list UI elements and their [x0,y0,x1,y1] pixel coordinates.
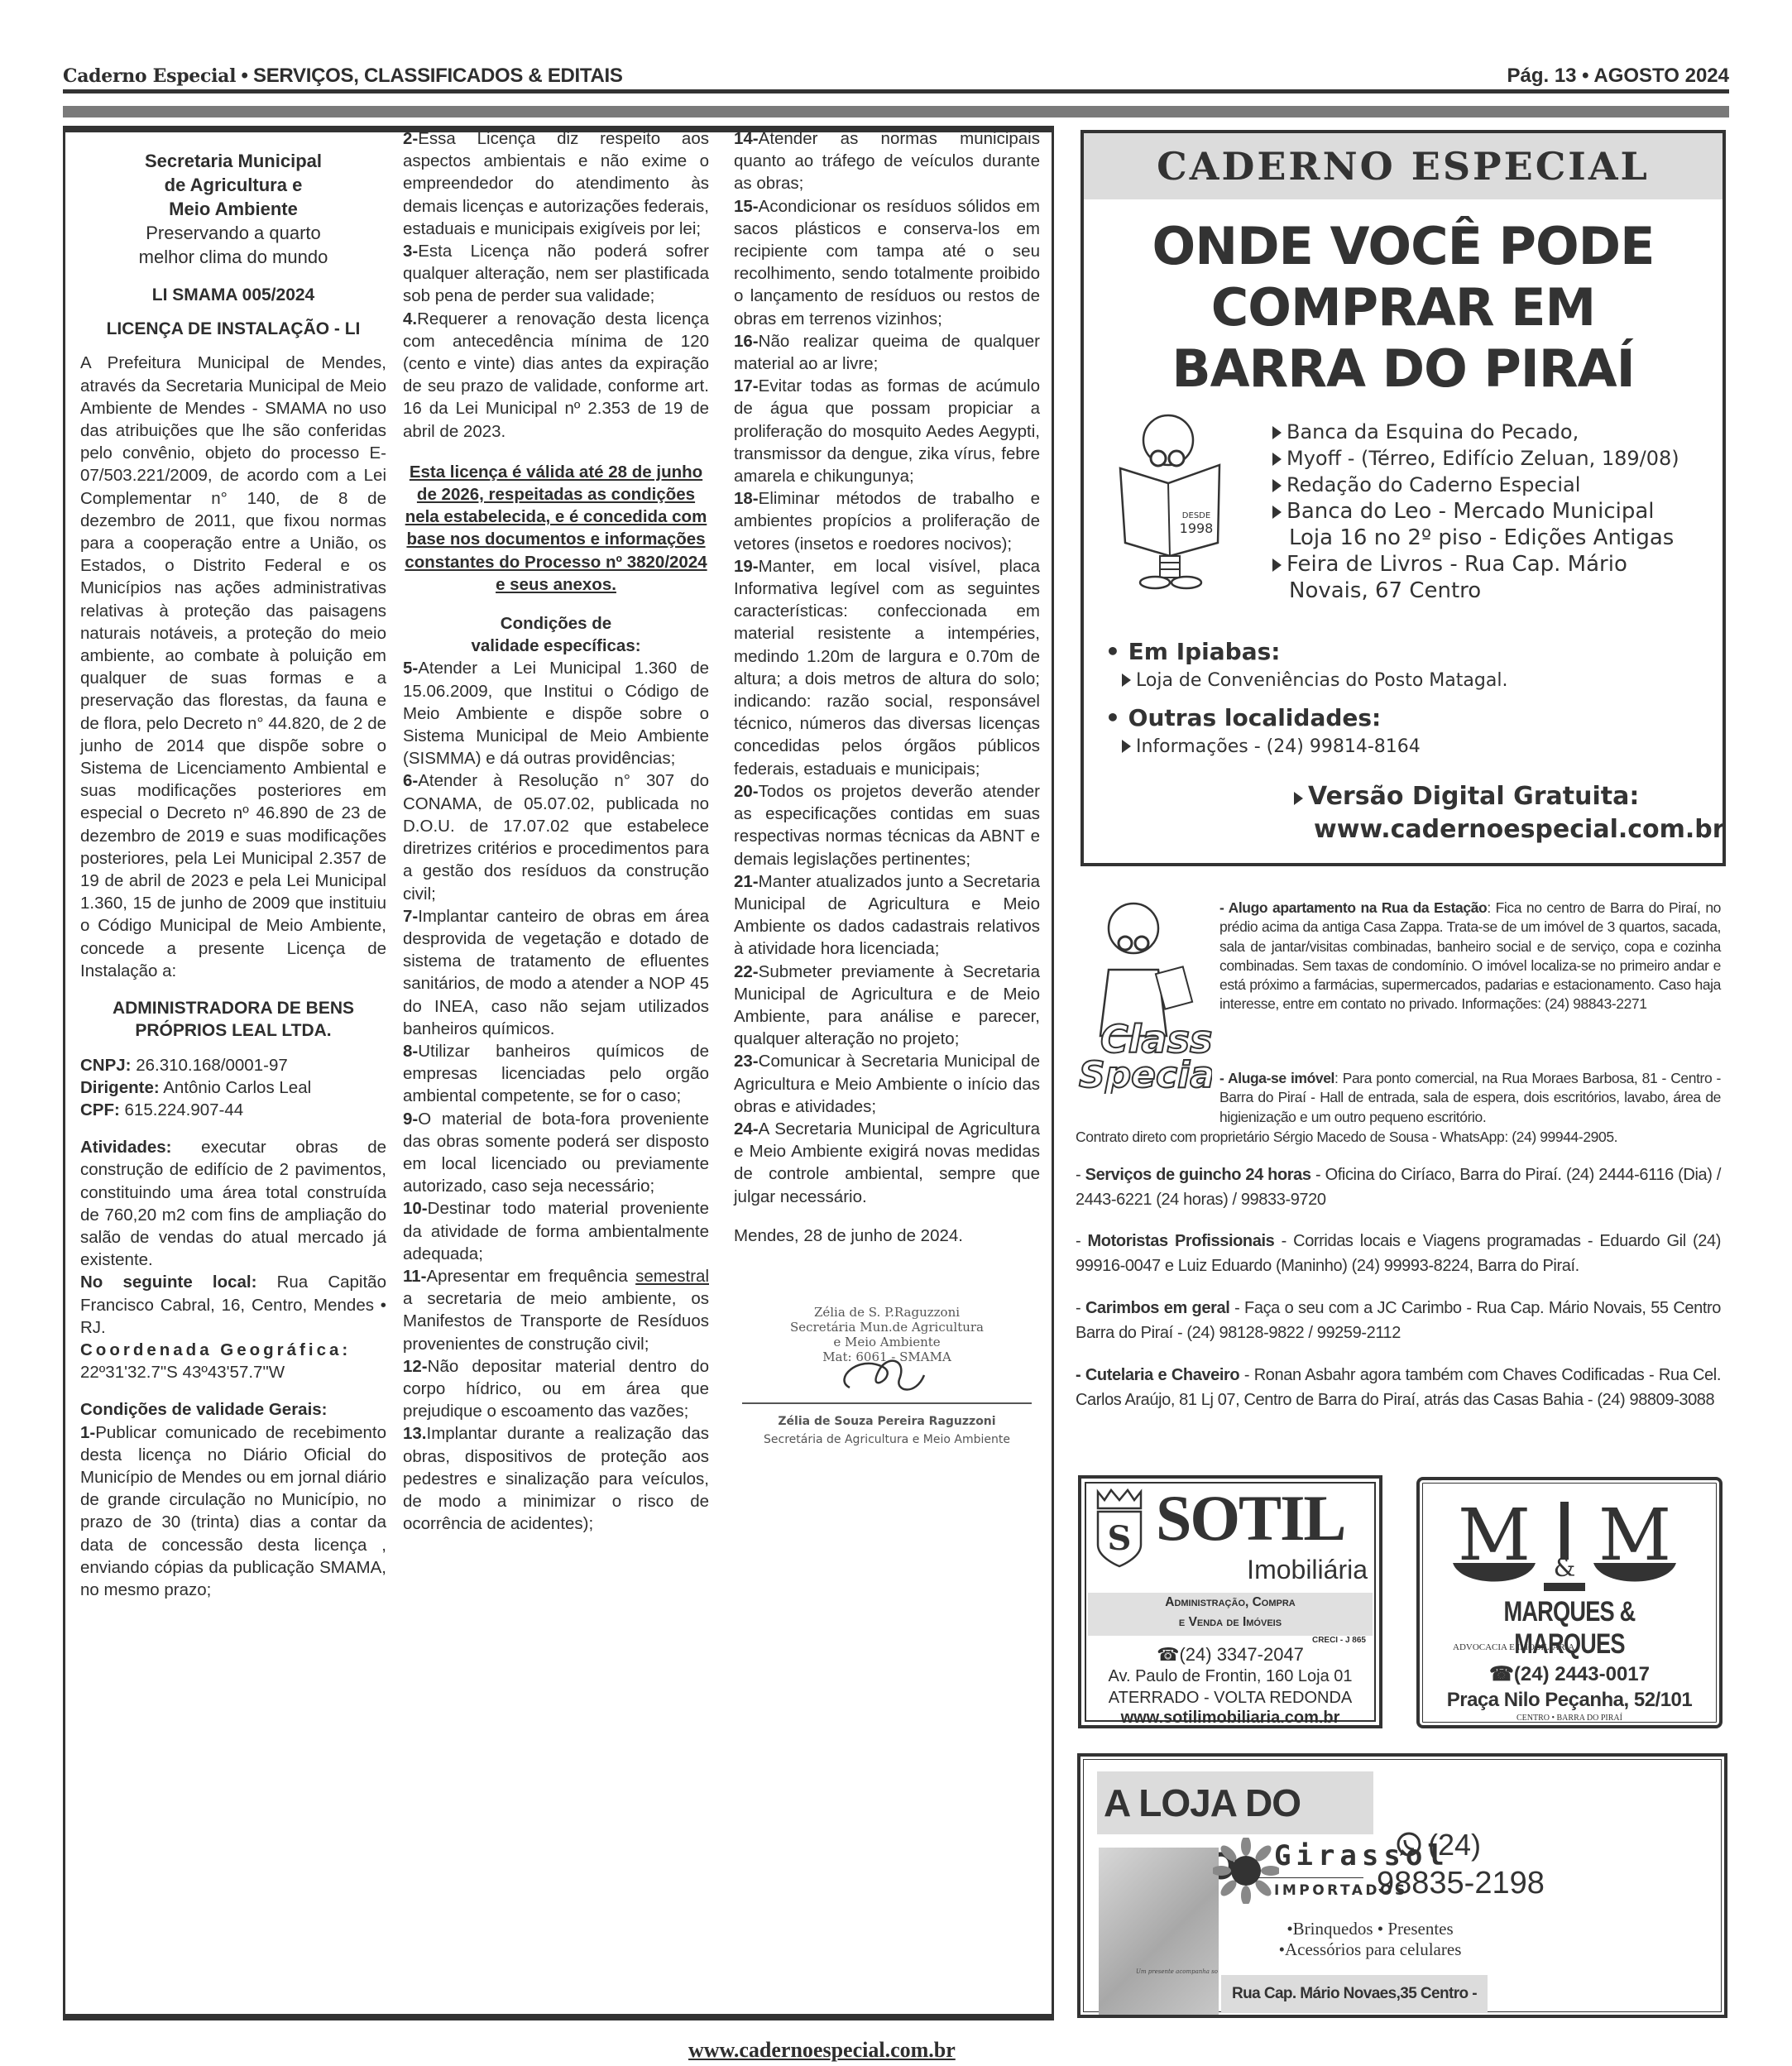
condition-text: Submeter previamente à Secretaria Munici… [734,962,1040,1049]
reading-kid-illustration-icon: DESDE 1998 [1117,410,1224,592]
condition-text: Não depositar material dentro do corpo h… [403,1357,709,1421]
marques-tagline: ADVOCACIA E IMOBILIÁRIA [1453,1642,1574,1652]
condition-item: 22-Submeter previamente à Secretaria Mun… [734,961,1040,1051]
classified-title: Serviços de guincho 24 horas [1085,1166,1311,1184]
signer-role: Secretária de Agricultura e Meio Ambient… [734,1429,1040,1451]
condition-number: 21- [734,872,759,891]
classi-special-logo-icon: Classi Special [1076,895,1212,1094]
ipiabas-item-text: Loja de Conveniências do Posto Matagal. [1136,670,1507,691]
condition-text: Evitar todas as formas de acúmulo de águ… [734,376,1040,486]
validity-notice: Esta licença é válida até 28 de junho de… [403,461,709,596]
header-brand: Caderno Especial [63,65,236,87]
licence-location: No seguinte local: Rua Capitão Francisco… [80,1271,386,1339]
ipiabas-section: • Em Ipiabas: Loja de Conveniências do P… [1105,638,1507,691]
play-arrow-icon [1122,740,1131,753]
condition-text: Atender as normas municipais quanto ao t… [734,129,1040,193]
marques-city: CENTRO • BARRA DO PIRAÍ [1420,1714,1719,1723]
condition-item: 18-Eliminar métodos de trabalho e ambien… [734,487,1040,555]
licence-org-heading: Secretaria Municipal de Agricultura e Me… [80,149,386,269]
page-header: Caderno Especial • SERVIÇOS, CLASSIFICAD… [63,55,1729,88]
headline-line-3: BARRA DO PIRAÍ [1084,338,1723,400]
sotil-imobiliaria-ad: S SOTIL Imobiliária Administração, Compr… [1078,1475,1382,1728]
lauro-products: •Brinquedos • Presentes •Acessórios para… [1246,1919,1494,1960]
condition-item: 15-Acondicionar os resíduos sólidos em s… [734,195,1040,330]
play-arrow-icon [1272,479,1282,492]
condition-text: Implantar canteiro de obras em área desp… [403,907,709,1038]
condition-number: 18- [734,489,759,508]
condition-number: 1- [80,1423,95,1442]
play-arrow-icon [1122,673,1131,687]
condition-text: Não realizar queima de qualquer material… [734,332,1040,373]
condition-item: 3-Esta Licença não poderá sofrer qualque… [403,240,709,308]
svg-text:DESDE: DESDE [1182,511,1210,520]
whatsapp-number: 98835-2198 [1377,1866,1545,1901]
condition-item: 2-Essa Licença diz respeito aos aspectos… [403,127,709,240]
play-arrow-icon [1272,453,1282,466]
condition-item: 5-Atender a Lei Municipal 1.360 de 15.06… [403,657,709,769]
sotil-phone: ☎(24) 3347-2047 [1081,1644,1379,1666]
girassol-divider [1246,1877,1363,1878]
dirigente-value: Antônio Carlos Leal [160,1078,311,1097]
condition-text: Atender à Resolução n° 307 do CONAMA, de… [403,771,709,903]
header-section-title: Caderno Especial • SERVIÇOS, CLASSIFICAD… [63,65,623,88]
licence-notice: Secretaria Municipal de Agricultura e Me… [63,126,1054,2020]
coord-label: Coordenada Geográfica: [80,1339,386,1361]
handwritten-signature-icon [833,1338,941,1404]
header-section: • SERVIÇOS, CLASSIFICADOS & EDITAIS [236,65,622,87]
sotil-name: SOTIL [1156,1485,1344,1551]
company-line-1: ADMINISTRADORA DE BENS [80,997,386,1019]
header-page-info: Pág. 13 • AGOSTO 2024 [1507,65,1729,88]
condition-number: 19- [734,557,759,576]
condition-number: 15- [734,197,759,216]
condition-item: 20-Todos os projetos deverão atender as … [734,780,1040,870]
caderno-headline: ONDE VOCÊ PODE COMPRAR EM BARRA DO PIRAÍ [1084,216,1723,400]
slogan-line-2: melhor clima do mundo [80,245,386,269]
lauro-address: Rua Cap. Mário Novaes,35 Centro - Barra … [1221,1975,1488,2013]
location-text: Redação do Caderno Especial [1287,473,1580,496]
caderno-especial-ad: CADERNO ESPECIAL ONDE VOCÊ PODE COMPRAR … [1080,130,1726,866]
condition-item: 4.Requerer a renovação desta licença com… [403,308,709,443]
others-section: • Outras localidades: Informações - (24)… [1105,704,1421,757]
classified-ad-tow: - Serviços de guincho 24 horas - Oficina… [1076,1162,1721,1212]
condition-item: 24-A Secretaria Municipal de Agricultura… [734,1118,1040,1208]
condition-item: 21-Manter atualizados junto a Secretaria… [734,870,1040,961]
org-line-1: Secretaria Municipal [80,149,386,173]
svg-text:S: S [1108,1519,1132,1558]
others-item: Informações - (24) 99814-8164 [1105,736,1421,757]
condition-number: 2- [403,129,418,148]
condition-number: 13. [403,1424,427,1443]
condition-text: Atender a Lei Municipal 1.360 de 15.06.2… [403,659,709,768]
condition-number: 6- [403,771,418,790]
sotil-band-line-2: e Venda de Imóveis [1088,1613,1373,1632]
others-title: • Outras localidades: [1105,704,1421,731]
marques-marques-ad: M & M MARQUES & MARQUES ADVOCACIA E IMOB… [1416,1477,1723,1728]
products-line-1: •Brinquedos • Presentes [1246,1919,1494,1939]
condition-number: 10- [403,1199,428,1218]
digital-url-link[interactable]: www.cadernoespecial.com.br [1294,813,1725,846]
cpf-value: 615.224.907-44 [120,1100,243,1119]
location-item-continuation: Novais, 67 Centro [1272,578,1679,604]
condition-item: 11-Apresentar em frequência semestral a … [403,1265,709,1355]
condition-number: 24- [734,1119,759,1138]
classified-title: - Aluga-se imóvel [1219,1070,1334,1086]
condition-text: O material de bota-fora proveniente das … [403,1110,709,1196]
condition-item: 14-Atender as normas municipais quanto a… [734,127,1040,195]
classified-ad-stamps: - Carimbos em geral - Faça o seu com a J… [1076,1296,1721,1345]
scales-of-justice-logo-icon: M & M [1445,1497,1701,1596]
header-gray-band [63,106,1729,117]
headline-line-1: ONDE VOCÊ PODE [1084,216,1723,277]
classified-prefix: - [1076,1232,1088,1250]
crown-shield-crest-icon: S [1093,1487,1146,1570]
condition-number: 17- [734,376,759,395]
condition-number: 5- [403,659,418,678]
condition-number: 20- [734,782,759,801]
condition-number: 16- [734,332,759,351]
condition-item: 10-Destinar todo material proveniente da… [403,1197,709,1265]
others-item-text: Informações - (24) 99814-8164 [1136,736,1421,757]
condition-number: 23- [734,1052,759,1071]
classified-title: - Alugo apartamento na Rua da Estação [1219,899,1487,916]
org-line-2: de Agricultura e [80,173,386,197]
condition-number: 4. [403,309,417,328]
ipiabas-title: • Em Ipiabas: [1105,638,1507,665]
stamp-line-2: Secretária Mun.de Agricultura [734,1320,1040,1335]
location-text: Feira de Livros - Rua Cap. Mário [1287,552,1627,577]
classified-prefix: - [1076,1166,1085,1184]
specific-conditions-title: Condições de validade específicas: [403,612,709,657]
sotil-address-line-1: Av. Paulo de Frontin, 160 Loja 01 [1081,1667,1379,1686]
licence-column-1: Secretaria Municipal de Agricultura e Me… [80,149,386,1601]
location-item: Feira de Livros - Rua Cap. Mário [1272,551,1679,578]
sotil-subtitle: Imobiliária [1247,1555,1368,1585]
signature-block: Zélia de S. P.Raguzzoni Secretária Mun.d… [734,1280,1040,1454]
play-arrow-icon [1272,558,1282,572]
condition-text: Apresentar em frequência [427,1267,636,1286]
products-line-2: •Acessórios para celulares [1246,1939,1494,1960]
condition-text: Comunicar à Secretaria Municipal de Agri… [734,1052,1040,1115]
digital-version: Versão Digital Gratuita: www.cadernoespe… [1294,780,1725,846]
header-rule [63,89,1729,93]
marques-address: Praça Nilo Peçanha, 52/101 [1420,1689,1719,1712]
digital-label-row: Versão Digital Gratuita: [1294,780,1725,813]
svg-text:1998: 1998 [1180,520,1214,536]
condition-text: Esta Licença não poderá sofrer qualquer … [403,242,709,305]
specific-title-line-2: validade específicas: [403,635,709,657]
location-item: Redação do Caderno Especial [1272,472,1679,498]
sotil-band-line-1: Administração, Compra [1088,1593,1373,1613]
lauro-title: A LOJA DO LAURO [1097,1771,1373,1834]
headline-line-2: COMPRAR EM [1084,277,1723,338]
svg-text:M: M [1458,1497,1531,1577]
general-conditions-title: Condições de validade Gerais: [80,1398,386,1421]
location-label: No seguinte local: [80,1273,256,1292]
digital-label: Versão Digital Gratuita: [1308,782,1639,811]
condition-text: Publicar comunicado de recebimento desta… [80,1423,386,1599]
play-arrow-icon [1272,426,1282,439]
condition-number: 22- [734,962,759,981]
condition-text: Todos os projetos deverão atender as esp… [734,782,1040,869]
classified-title: Cutelaria e Chaveiro [1085,1366,1239,1384]
cnpj-value: 26.310.168/0001-97 [132,1056,288,1075]
condition-item: 7-Implantar canteiro de obras em área de… [403,905,709,1040]
condition-item: 1-Publicar comunicado de recebimento des… [80,1421,386,1602]
header-website-link[interactable]: www.cadernoespecial.com.br [688,2038,956,2063]
condition-item: 23-Comunicar à Secretaria Municipal de A… [734,1050,1040,1118]
coord-value: 22º31'32.7"S 43º43'57.7"W [80,1361,386,1383]
play-arrow-icon [1294,792,1303,805]
condition-number: 9- [403,1110,418,1129]
location-item: Banca da Esquina do Pecado, [1272,419,1679,445]
condition-item: 9-O material de bota-fora proveniente da… [403,1108,709,1198]
condition-item: 19-Manter, em local visível, placa Infor… [734,555,1040,780]
svg-text:Special: Special [1079,1054,1212,1094]
classified-title: Motoristas Profissionais [1088,1232,1275,1250]
loja-do-lauro-ad: A LOJA DO LAURO Um presente acompanha so… [1077,1753,1727,2018]
company-line-2: PRÓPRIOS LEAL LTDA. [80,1019,386,1042]
sotil-address-line-2: ATERRADO - VOLTA REDONDA [1081,1689,1379,1708]
sotil-services-band: Administração, Compra e Venda de Imóveis [1088,1593,1373,1636]
location-item: Myoff - (Térreo, Edifício Zeluan, 189/08… [1272,445,1679,472]
condition-number: 7- [403,907,418,926]
svg-text:M: M [1598,1497,1671,1577]
condition-number: 12- [403,1357,428,1376]
caderno-brand-banner: CADERNO ESPECIAL [1084,133,1723,199]
condition-number: 8- [403,1042,418,1061]
condition-text: Manter atualizados junto a Secretaria Mu… [734,872,1040,959]
classified-ad-commercial: - Aluga-se imóvel: Para ponto comercial,… [1219,1069,1721,1127]
condition-item: 6-Atender à Resolução n° 307 do CONAMA, … [403,769,709,904]
condition-item: 16-Não realizar queima de qualquer mater… [734,330,1040,375]
classified-ad-drivers: - Motoristas Profissionais - Corridas lo… [1076,1229,1721,1278]
couple-gift-photo: Um presente acompanha so [1099,1848,1219,2016]
classified-prefix: - [1076,1299,1085,1317]
condition-text: Destinar todo material proveniente da at… [403,1199,709,1263]
licence-dirigente: Dirigente: Antônio Carlos Leal [80,1076,386,1099]
whatsapp-icon [1395,1831,1423,1859]
sunflower-icon [1213,1838,1279,1904]
condition-item: 12-Não depositar material dentro do corp… [403,1355,709,1423]
location-item: Banca do Leo - Mercado Municipal [1272,498,1679,525]
condition-text: Manter, em local visível, placa Informat… [734,557,1040,779]
whatsapp-contact: (24) [1395,1828,1481,1862]
location-text: Banca do Leo - Mercado Municipal [1287,499,1655,524]
stamp-line-1: Zélia de S. P.Raguzzoni [734,1305,1040,1320]
cnpj-label: CNPJ: [80,1056,132,1075]
classified-ad-locksmith: - Cutelaria e Chaveiro - Ronan Asbahr ag… [1076,1363,1721,1412]
classified-text: : Fica no centro de Barra do Piraí, no p… [1219,899,1721,1012]
condition-number: 3- [403,242,418,261]
licence-activities: Atividades: executar obras de construção… [80,1136,386,1271]
condition-text-underlined: semestral [635,1267,709,1286]
location-text: Banca da Esquina do Pecado, [1287,420,1579,443]
cpf-label: CPF: [80,1100,120,1119]
condition-text: Utilizar banheiros químicos de empresas … [403,1042,709,1105]
licence-doc-number: LI SMAMA 005/2024 [80,284,386,306]
condition-text: A Secretaria Municipal de Agricultura e … [734,1119,1040,1206]
place-date: Mendes, 28 de junho de 2024. [734,1225,1040,1247]
condition-text: Essa Licença diz respeito aos aspectos a… [403,129,709,238]
photo-caption: Um presente acompanha so [1136,1968,1218,1975]
condition-text: a secretaria de meio ambiente, os Manife… [403,1289,709,1353]
condition-number: 11- [403,1267,427,1286]
condition-text: Eliminar métodos de trabalho e ambientes… [734,489,1040,553]
specific-title-line-1: Condições de [403,612,709,635]
condition-item: 8-Utilizar banheiros químicos de empresa… [403,1040,709,1108]
condition-item: 17-Evitar todas as formas de acúmulo de … [734,375,1040,487]
whatsapp-ddd: (24) [1428,1828,1481,1862]
play-arrow-icon [1272,506,1282,519]
classified-ad-commercial-contact: Contrato direto com proprietário Sérgio … [1076,1128,1729,1147]
svg-text:&: & [1554,1554,1576,1583]
licence-company: ADMINISTRADORA DE BENS PRÓPRIOS LEAL LTD… [80,997,386,1042]
condition-text: Acondicionar os resíduos sólidos em saco… [734,197,1040,328]
condition-text: Implantar durante a realização das obras… [403,1424,709,1533]
activities-label: Atividades: [80,1138,172,1157]
licence-intro: A Prefeitura Municipal de Mendes, atravé… [80,352,386,982]
activities-value: executar obras de construção de edifício… [80,1138,386,1269]
classified-title: Carimbos em geral [1085,1299,1229,1317]
licence-cpf: CPF: 615.224.907-44 [80,1099,386,1121]
org-line-3: Meio Ambiente [80,197,386,221]
slogan-line-1: Preservando a quarto [80,221,386,245]
location-item-continuation: Loja 16 no 2º piso - Edições Antigas [1272,525,1679,551]
licence-column-3: 14-Atender as normas municipais quanto a… [734,127,1040,1454]
signature-line [742,1402,1032,1404]
licence-cnpj: CNPJ: 26.310.168/0001-97 [80,1054,386,1076]
sotil-website-link[interactable]: www.sotilimobiliaria.com.br [1081,1709,1379,1728]
caderno-locations-list: Banca da Esquina do Pecado, Myoff - (Tér… [1272,419,1679,604]
ipiabas-item: Loja de Conveniências do Posto Matagal. [1105,670,1507,691]
condition-text: Requerer a renovação desta licença com a… [403,309,709,441]
licence-doc-type: LICENÇA DE INSTALAÇÃO - LI [80,318,386,340]
classified-ad-apartment: - Alugo apartamento na Rua da Estação: F… [1219,899,1721,1014]
marques-phone: ☎(24) 2443-0017 [1420,1662,1719,1686]
condition-item: 13.Implantar durante a realização das ob… [403,1422,709,1535]
classified-prefix: - [1076,1366,1085,1384]
dirigente-label: Dirigente: [80,1078,160,1097]
licence-column-2: 2-Essa Licença diz respeito aos aspectos… [403,127,709,1535]
condition-number: 14- [734,129,759,148]
location-text: Myoff - (Térreo, Edifício Zeluan, 189/08… [1287,447,1679,470]
